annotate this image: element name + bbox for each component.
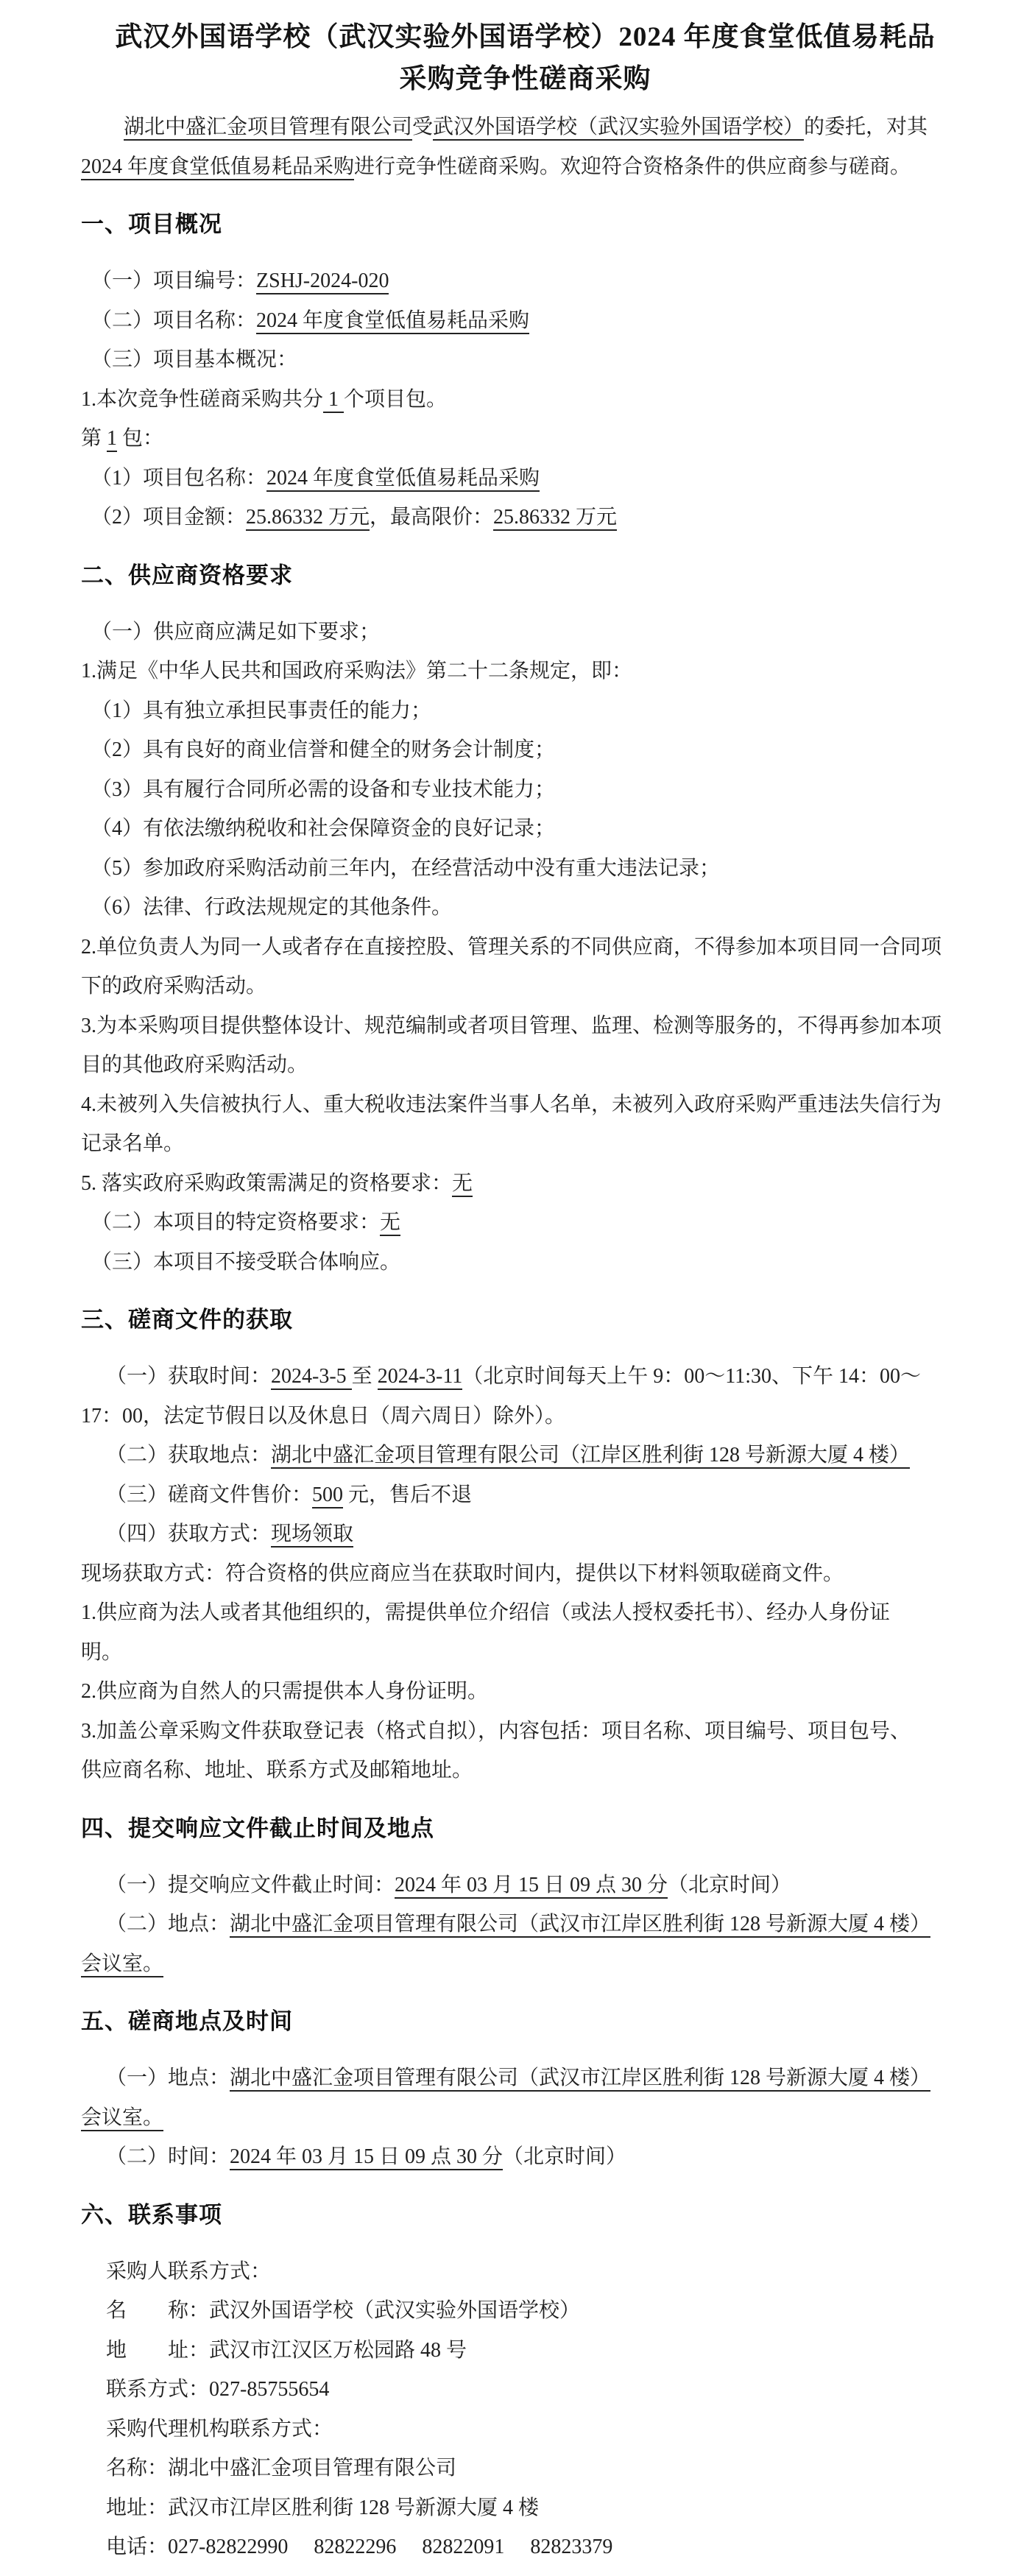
doc-line: （6）法律、行政法规规定的其他条件。 (81, 888, 969, 928)
text-run: 1.本次竞争性磋商采购共分 (81, 388, 323, 411)
text-run: 名 称：武汉外国语学校（武汉实验外国语学校） (106, 2299, 580, 2322)
text-run: （二）地点： (106, 1913, 230, 1935)
text-run: （四）获取方式： (106, 1522, 271, 1545)
text-run: 5. 落实政府采购政策需满足的资格要求： (81, 1172, 452, 1195)
spacer (81, 100, 969, 107)
section-heading: 五、磋商地点及时间 (81, 2001, 969, 2042)
underlined-field: 2024 年度食堂低值易耗品采购 (81, 155, 354, 180)
text-run: 采购代理机构联系方式： (106, 2418, 333, 2441)
text-run: （4）有依法缴纳税收和社会保障资金的良好记录； (91, 817, 555, 840)
text-run: 现场获取方式：符合资格的供应商应当在获取时间内，提供以下材料领取磋商文件。 (81, 1562, 844, 1585)
doc-line: （三）项目基本概况： (81, 340, 969, 380)
text-run: （二）项目名称： (91, 309, 256, 332)
underlined-field: 1 (323, 388, 344, 413)
text-run: 目的其他政府采购活动。 (81, 1054, 308, 1076)
text-run: 进行竞争性磋商采购。欢迎符合资格条件的供应商参与磋商。 (354, 155, 911, 178)
doc-line: 3.为本采购项目提供整体设计、规范编制或者项目管理、监理、检测等服务的，不得再参… (81, 1006, 969, 1046)
doc-line: （二）项目名称：2024 年度食堂低值易耗品采购 (81, 301, 969, 341)
text-run: 4.未被列入失信被执行人、重大税收违法案件当事人名单，未被列入政府采购严重违法失… (81, 1093, 941, 1116)
underlined-field: 无 (380, 1211, 400, 1236)
text-run: （二）获取地点： (106, 1444, 271, 1467)
text-run: （北京时间每天上午 9：00～11:30、下午 14：00～ (462, 1365, 921, 1388)
doc-line: （二）本项目的特定资格要求：无 (81, 1203, 969, 1243)
text-run: 名称：湖北中盛汇金项目管理有限公司 (106, 2457, 456, 2480)
doc-line: 名称：湖北中盛汇金项目管理有限公司 (81, 2449, 969, 2488)
doc-line: 2.供应商为自然人的只需提供本人身份证明。 (81, 1672, 969, 1712)
underlined-field: 湖北中盛汇金项目管理有限公司（武汉市江岸区胜利街 128 号新源大厦 4 楼） (230, 1913, 930, 1938)
doc-line: （4）有依法缴纳税收和社会保障资金的良好记录； (81, 809, 969, 849)
doc-line: 会议室。 (81, 1944, 969, 1984)
doc-line: （2）具有良好的商业信誉和健全的财务会计制度； (81, 730, 969, 770)
doc-line: （三）本项目不接受联合体响应。 (81, 1243, 969, 1282)
underlined-field: 2024-3-11 (378, 1365, 463, 1390)
doc-line: 目的其他政府采购活动。 (81, 1045, 969, 1085)
doc-line: 17：00，法定节假日以及休息日（周六周日）除外）。 (81, 1397, 969, 1436)
doc-line: （一）供应商应满足如下要求； (81, 613, 969, 652)
underlined-field: 2024 年度食堂低值易耗品采购 (266, 467, 540, 492)
doc-line: （二）地点：湖北中盛汇金项目管理有限公司（武汉市江岸区胜利街 128 号新源大厦… (81, 1905, 969, 1944)
section-heading: 二、供应商资格要求 (81, 555, 969, 596)
doc-line: 第 1 包： (81, 419, 969, 459)
text-run: 联系方式：027-85755654 (106, 2378, 329, 2401)
text-run: （二）时间： (106, 2145, 230, 2168)
doc-line: 电话：027-82822990 82822296 82822091 828233… (81, 2527, 969, 2567)
text-run: 2.供应商为自然人的只需提供本人身份证明。 (81, 1680, 488, 1703)
text-run: 1.满足《中华人民共和国政府采购法》第二十二条规定，即： (81, 660, 632, 682)
text-run: 1.供应商为法人或者其他组织的，需提供单位介绍信（或法人授权委托书）、经办人身份… (81, 1601, 890, 1624)
underlined-field: ZSHJ-2024-020 (256, 269, 389, 294)
text-run: （一）供应商应满足如下要求； (91, 621, 380, 643)
doc-line: （3）具有履行合同所必需的设备和专业技术能力； (81, 770, 969, 810)
text-run: 包： (117, 427, 163, 450)
doc-line: 地址：武汉市江岸区胜利街 128 号新源大厦 4 楼 (81, 2488, 969, 2528)
text-run: （2）项目金额： (91, 506, 246, 529)
doc-line: （三）磋商文件售价：500 元，售后不退 (81, 1475, 969, 1515)
underlined-field: 湖北中盛汇金项目管理有限公司（武汉市江岸区胜利街 128 号新源大厦 4 楼） (230, 2067, 930, 2092)
text-run: （6）法律、行政法规规定的其他条件。 (91, 896, 452, 919)
underlined-field: 2024 年 03 月 15 日 09 点 30 分 (395, 1874, 668, 1899)
underlined-field: 无 (452, 1172, 473, 1197)
text-run: （北京时间） (503, 2145, 626, 2168)
doc-line: 地 址：武汉市江汉区万松园路 48 号 (81, 2331, 969, 2371)
doc-line: （一）项目编号：ZSHJ-2024-020 (81, 261, 969, 301)
text-run: 17：00，法定节假日以及休息日（周六周日）除外）。 (81, 1405, 565, 1428)
text-run: （3）具有履行合同所必需的设备和专业技术能力； (91, 778, 555, 801)
text-run: 地 址：武汉市江汉区万松园路 48 号 (106, 2339, 467, 2362)
text-run: 个项目包。 (344, 388, 447, 411)
text-run: 第 (81, 427, 107, 450)
text-run: （三）磋商文件售价： (106, 1483, 312, 1506)
text-run: （1）具有独立承担民事责任的能力； (91, 699, 431, 722)
text-run: （2）具有良好的商业信誉和健全的财务会计制度； (91, 738, 555, 761)
doc-line: （一）提交响应文件截止时间：2024 年 03 月 15 日 09 点 30 分… (81, 1866, 969, 1905)
doc-line: 3.加盖公章采购文件获取登记表（格式自拟），内容包括：项目名称、项目编号、项目包… (81, 1712, 969, 1751)
text-run: 地址：武汉市江岸区胜利街 128 号新源大厦 4 楼 (106, 2496, 539, 2519)
text-run: （一）地点： (106, 2067, 230, 2089)
underlined-field: 现场领取 (271, 1522, 353, 1548)
doc-line: 名 称：武汉外国语学校（武汉实验外国语学校） (81, 2291, 969, 2331)
text-run: 3.加盖公章采购文件获取登记表（格式自拟），内容包括：项目名称、项目编号、项目包… (81, 1720, 911, 1743)
underlined-field: 湖北中盛汇金项目管理有限公司（江岸区胜利街 128 号新源大厦 4 楼） (271, 1444, 910, 1469)
text-run: （一）提交响应文件截止时间： (106, 1874, 395, 1896)
text-run: （一）获取时间： (106, 1365, 271, 1388)
text-run: 供应商名称、地址、联系方式及邮箱地址。 (81, 1759, 473, 1782)
text-run: 电话：027-82822990 82822296 82822091 828233… (106, 2536, 612, 2558)
doc-line: 1.供应商为法人或者其他组织的，需提供单位介绍信（或法人授权委托书）、经办人身份… (81, 1593, 969, 1633)
doc-line: 会议室。 (81, 2098, 969, 2138)
text-run: （三）项目基本概况： (91, 348, 297, 371)
doc-line: 现场获取方式：符合资格的供应商应当在获取时间内，提供以下材料领取磋商文件。 (81, 1554, 969, 1594)
text-run: ，最高限价： (370, 506, 493, 529)
text-run: 采购人联系方式： (106, 2260, 271, 2283)
doc-line: （1）项目包名称：2024 年度食堂低值易耗品采购 (81, 459, 969, 498)
underlined-field: 会议室。 (81, 2106, 163, 2131)
doc-title-line: 武汉外国语学校（武汉实验外国语学校）2024 年度食堂低值易耗品 (81, 16, 969, 58)
underlined-field: 1 (107, 427, 117, 452)
underlined-field: 2024-3-5 (271, 1365, 352, 1390)
text-run: 2.单位负责人为同一人或者存在直接控股、管理关系的不同供应商，不得参加本项目同一… (81, 936, 941, 959)
underlined-field: 25.86332 万元 (493, 506, 617, 531)
doc-line: 采购代理机构联系方式： (81, 2410, 969, 2449)
doc-title-line: 采购竞争性磋商采购 (81, 58, 969, 100)
doc-line: 1.满足《中华人民共和国政府采购法》第二十二条规定，即： (81, 652, 969, 691)
text-run: 元，售后不退 (343, 1483, 472, 1506)
text-run: （5）参加政府采购活动前三年内，在经营活动中没有重大违法记录； (91, 857, 720, 880)
doc-line: （1）具有独立承担民事责任的能力； (81, 691, 969, 731)
section-heading: 一、项目概况 (81, 204, 969, 245)
text-run: 受 (412, 116, 433, 138)
text-run: 的委托，对其 (804, 116, 928, 138)
doc-line: 下的政府采购活动。 (81, 967, 969, 1006)
doc-line: （一）获取时间：2024-3-5 至 2024-3-11（北京时间每天上午 9：… (81, 1357, 969, 1397)
doc-line: （一）地点：湖北中盛汇金项目管理有限公司（武汉市江岸区胜利街 128 号新源大厦… (81, 2058, 969, 2098)
section-heading: 六、联系事项 (81, 2195, 969, 2236)
doc-line: （四）获取方式：现场领取 (81, 1514, 969, 1554)
doc-line: 4.未被列入失信被执行人、重大税收违法案件当事人名单，未被列入政府采购严重违法失… (81, 1085, 969, 1125)
underlined-field: 2024 年 03 月 15 日 09 点 30 分 (230, 2145, 503, 2170)
text-run: 明。 (81, 1641, 122, 1664)
section-heading: 四、提交响应文件截止时间及地点 (81, 1808, 969, 1849)
underlined-field: 25.86332 万元 (246, 506, 370, 531)
text-run: （二）本项目的特定资格要求： (91, 1211, 380, 1234)
doc-line: （2）项目金额：25.86332 万元，最高限价：25.86332 万元 (81, 498, 969, 537)
doc-line: 1.本次竞争性磋商采购共分 1 个项目包。 (81, 380, 969, 420)
doc-line: 采购人联系方式： (81, 2252, 969, 2292)
text-run: （北京时间） (668, 1874, 791, 1896)
doc-line: 供应商名称、地址、联系方式及邮箱地址。 (81, 1751, 969, 1790)
section-heading: 三、磋商文件的获取 (81, 1299, 969, 1341)
text-run: 至 (352, 1365, 378, 1388)
document-page: 武汉外国语学校（武汉实验外国语学校）2024 年度食堂低值易耗品采购竞争性磋商采… (0, 0, 1021, 2576)
doc-line: （二）时间：2024 年 03 月 15 日 09 点 30 分（北京时间） (81, 2137, 969, 2177)
text-run: 记录名单。 (81, 1132, 184, 1155)
doc-line: 联系方式：027-85755654 (81, 2370, 969, 2410)
text-run: （一）项目编号： (91, 269, 256, 292)
doc-line: 2024 年度食堂低值易耗品采购进行竞争性磋商采购。欢迎符合资格条件的供应商参与… (81, 147, 969, 187)
doc-line: 2.单位负责人为同一人或者存在直接控股、管理关系的不同供应商，不得参加本项目同一… (81, 928, 969, 967)
doc-line: 明。 (81, 1633, 969, 1673)
doc-line: （5）参加政府采购活动前三年内，在经营活动中没有重大违法记录； (81, 849, 969, 889)
doc-line: 湖北中盛汇金项目管理有限公司受武汉外国语学校（武汉实验外国语学校）的委托，对其 (81, 107, 969, 147)
text-run: 3.为本采购项目提供整体设计、规范编制或者项目管理、监理、检测等服务的，不得再参… (81, 1014, 941, 1037)
underlined-field: 会议室。 (81, 1952, 163, 1977)
doc-line: 5. 落实政府采购政策需满足的资格要求：无 (81, 1164, 969, 1204)
underlined-field: 武汉外国语学校（武汉实验外国语学校） (433, 116, 804, 141)
doc-line: 记录名单。 (81, 1124, 969, 1164)
text-run: （三）本项目不接受联合体响应。 (91, 1251, 400, 1274)
underlined-field: 湖北中盛汇金项目管理有限公司 (124, 116, 412, 141)
doc-line: （二）获取地点：湖北中盛汇金项目管理有限公司（江岸区胜利街 128 号新源大厦 … (81, 1436, 969, 1475)
text-run: （1）项目包名称： (91, 467, 266, 490)
text-run: 下的政府采购活动。 (81, 975, 266, 998)
underlined-field: 2024 年度食堂低值易耗品采购 (256, 309, 529, 334)
underlined-field: 500 (312, 1483, 343, 1508)
